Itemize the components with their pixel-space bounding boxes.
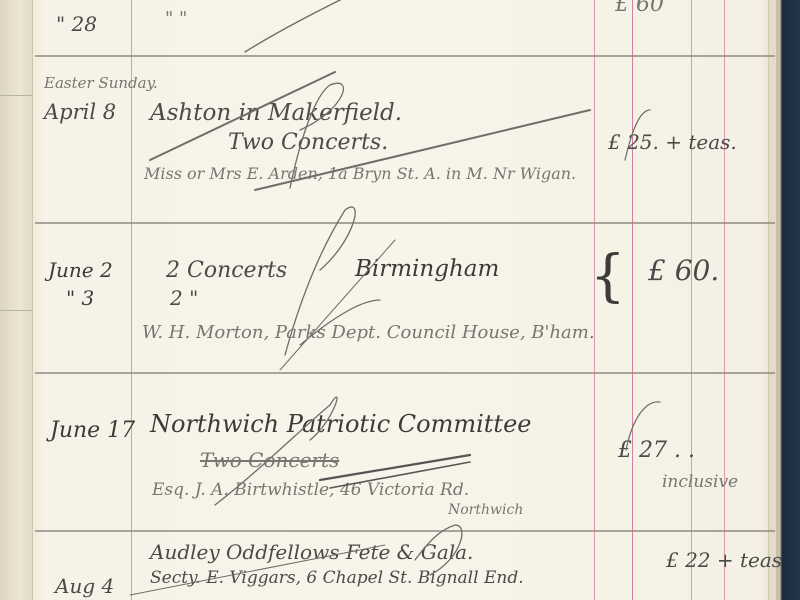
pencil-strike-marks [0,0,800,600]
